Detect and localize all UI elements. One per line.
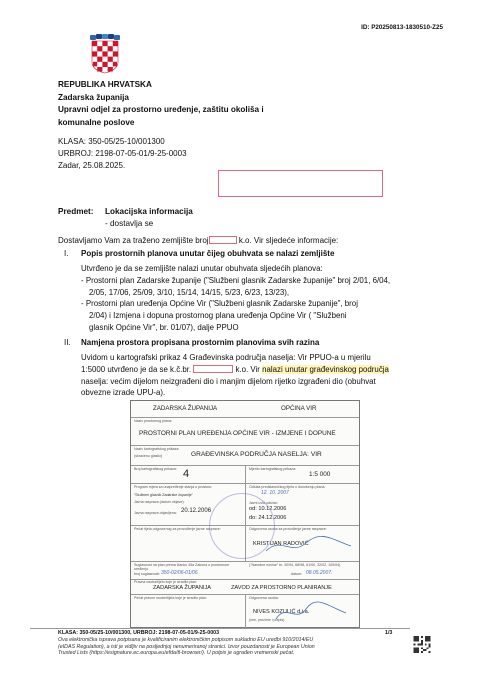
label: Pečat pravne osobe/tijela koje je izradi…: [134, 596, 207, 600]
label: Pravna osoba/tijelo koje je izradilo pla…: [134, 580, 197, 584]
stamp-county: ZADARSKA ŽUPANIJA: [153, 405, 217, 412]
croatian-coat-of-arms-icon: [89, 34, 121, 74]
footer-signature-note: Ova elektronička isprava potpisana je kv…: [58, 637, 388, 644]
maker-county: ZADARSKA ŽUPANIJA: [153, 585, 211, 591]
subject-title: Lokacijska informacija: [105, 207, 193, 216]
subject-block: Predmet:Lokacijska informacija - dostavl…: [58, 206, 193, 230]
body-line: 2/05, 17/06, 25/09, 3/10, 15/14, 14/15, …: [81, 287, 431, 299]
department-name-cont: komunalne poslove: [58, 117, 264, 130]
signature-icon: [261, 531, 356, 561]
plan-name: PROSTORNI PLAN UREĐENJA OPĆINE VIR - IZM…: [139, 430, 336, 437]
stamp-header-row: ZADARSKA ŽUPANIJA OPĆINA VIR: [131, 401, 359, 418]
maker-row: Pravna osoba/tijelo koje je izradilo pla…: [131, 579, 359, 595]
map-number: 4: [183, 468, 189, 480]
maker-institute: ZAVOD ZA PROSTORNO PLANIRANJE: [231, 585, 332, 591]
label: Broj kartografskog prikaza:: [134, 467, 177, 471]
body-line: naselja: većim dijelom neizgrađeni dio i…: [81, 376, 431, 388]
label: Odluka predstavničkog tijela o donošenju…: [249, 485, 325, 489]
text: k.o. Vir: [236, 365, 260, 374]
label: (skraćeno glasilo): [134, 454, 162, 458]
handwritten-reference: 350-02/06-01/06: [161, 570, 198, 576]
plan-name-row: Naziv prostornog plana: PROSTORNI PLAN U…: [131, 417, 359, 446]
label: Naziv kartografskog prikaza:: [134, 447, 179, 451]
klasa: KLASA: 350-05/25-10/001300: [58, 136, 187, 148]
urbroj: URBROJ: 2198-07-05-01/9-25-0003: [58, 148, 187, 160]
label: Odgovorna osoba:: [249, 596, 279, 600]
scanned-plan-stamp: ZADARSKA ŽUPANIJA OPĆINA VIR Naziv prost…: [130, 400, 360, 628]
label: Javna rasprava objavljena:: [134, 511, 177, 515]
redacted-parcel-number: [209, 236, 237, 244]
body-line: - Prostorni plan Zadarske županije ("Slu…: [81, 275, 431, 287]
redacted-recipient-box: [218, 170, 383, 197]
label: Javna rasprava (datum objave):: [134, 500, 185, 504]
highlighted-text: nalazi unutar građevinskog područja: [262, 365, 389, 374]
label: datum:: [291, 572, 302, 576]
footer-signature-note: Trusted Lists (https://esignature.ec.eur…: [58, 650, 388, 657]
label: broj suglasnosti:: [134, 572, 160, 576]
body-line: 2/04) i Izmjena i dopuna prostornog plan…: [81, 310, 431, 322]
redacted-parcel-number: [193, 365, 233, 373]
label: ("Narodne novine" br. 30/94, 68/98, 61/0…: [249, 563, 340, 567]
map-scale: 1:5 000: [309, 471, 330, 478]
section-number: II.: [64, 338, 71, 347]
footer-reference: KLASA: 350-05/25-10/001300, URBROJ: 2198…: [58, 630, 388, 637]
footer-signature-note: (eIDAS Regulation), a isti je vidljiv na…: [58, 644, 388, 651]
stamp-municipality: OPĆINA VIR: [281, 405, 316, 412]
gazette: "Službeni glasnik Zadarske županije": [134, 493, 193, 497]
place-date: Zadar, 25.08.2025.: [58, 160, 187, 172]
map-name-row: Naziv kartografskog prikaza: (skraćeno g…: [131, 445, 359, 466]
authority-header: REPUBLIKA HRVATSKA Zadarska županija Upr…: [58, 79, 264, 129]
label: Naziv prostornog plana:: [134, 419, 172, 423]
country-name: REPUBLIKA HRVATSKA: [58, 79, 264, 92]
handwritten-date: 08.05.2007.: [306, 570, 332, 576]
document-id: ID: P20250813-1830510-Z25: [361, 24, 443, 31]
body-line: glasnik Općine Vir", br. 01/07), dalje P…: [81, 322, 431, 334]
body-line: - Prostorni plan uređenja Općine Vir ("S…: [81, 298, 431, 310]
body-line: 1:5000 utvrđeno je da se k.č.br. k.o. Vi…: [81, 364, 431, 376]
department-name: Upravni odjel za prostorno uređenje, zaš…: [58, 104, 264, 117]
document-meta: KLASA: 350-05/25-10/001300 URBROJ: 2198-…: [58, 136, 187, 172]
footer-divider: [30, 628, 410, 629]
qr-code-icon: [413, 636, 431, 653]
section-body: Utvrđeno je da se zemljište nalazi unuta…: [81, 263, 431, 334]
section-title: Namjena prostora propisana prostornim pl…: [81, 338, 461, 347]
text: 1:5000 utvrđeno je da se k.č.br.: [81, 365, 191, 374]
intro-text: Dostavljamo Vam za traženo zemljište bro…: [58, 236, 209, 245]
county-name: Zadarska županija: [58, 92, 264, 105]
footer: KLASA: 350-05/25-10/001300, URBROJ: 2198…: [58, 630, 388, 657]
signature-icon: [271, 601, 351, 626]
intro-text-cont: k.o. Vir sljedeće informacije:: [239, 236, 338, 245]
section-title: Popis prostornih planova unutar čijeg ob…: [81, 249, 461, 258]
label: Program mjera za unapređenje stanja u pr…: [134, 485, 212, 489]
intro-paragraph: Dostavljamo Vam za traženo zemljište bro…: [58, 236, 338, 245]
subject-subtitle: - dostavlja se: [58, 218, 193, 230]
label: Mjerilo kartografskog prikaza:: [249, 467, 296, 471]
map-number-row: Broj kartografskog prikaza: 4 Mjerilo ka…: [131, 465, 359, 484]
public-review-date: 20.12.2006: [181, 508, 211, 514]
section-number: I.: [64, 249, 68, 258]
section-body: Uvidom u kartografski prikaz 4 Građevins…: [81, 352, 431, 399]
page-number: 1/3: [385, 630, 392, 636]
subject-label: Predmet:: [58, 206, 105, 218]
map-name: GRAĐEVINSKA PODRUČJA NASELJA: VIR: [191, 451, 322, 458]
label: Pečat tijela odgovornog za provođenje ja…: [134, 527, 221, 531]
body-line: Uvidom u kartografski prikaz 4 Građevins…: [81, 352, 431, 364]
body-line: Utvrđeno je da se zemljište nalazi unuta…: [81, 263, 431, 275]
consent-row: Suglasnost na plan prema članku 45a Zako…: [131, 561, 359, 580]
body-line: obvezne izrade UPU-a).: [81, 387, 431, 399]
